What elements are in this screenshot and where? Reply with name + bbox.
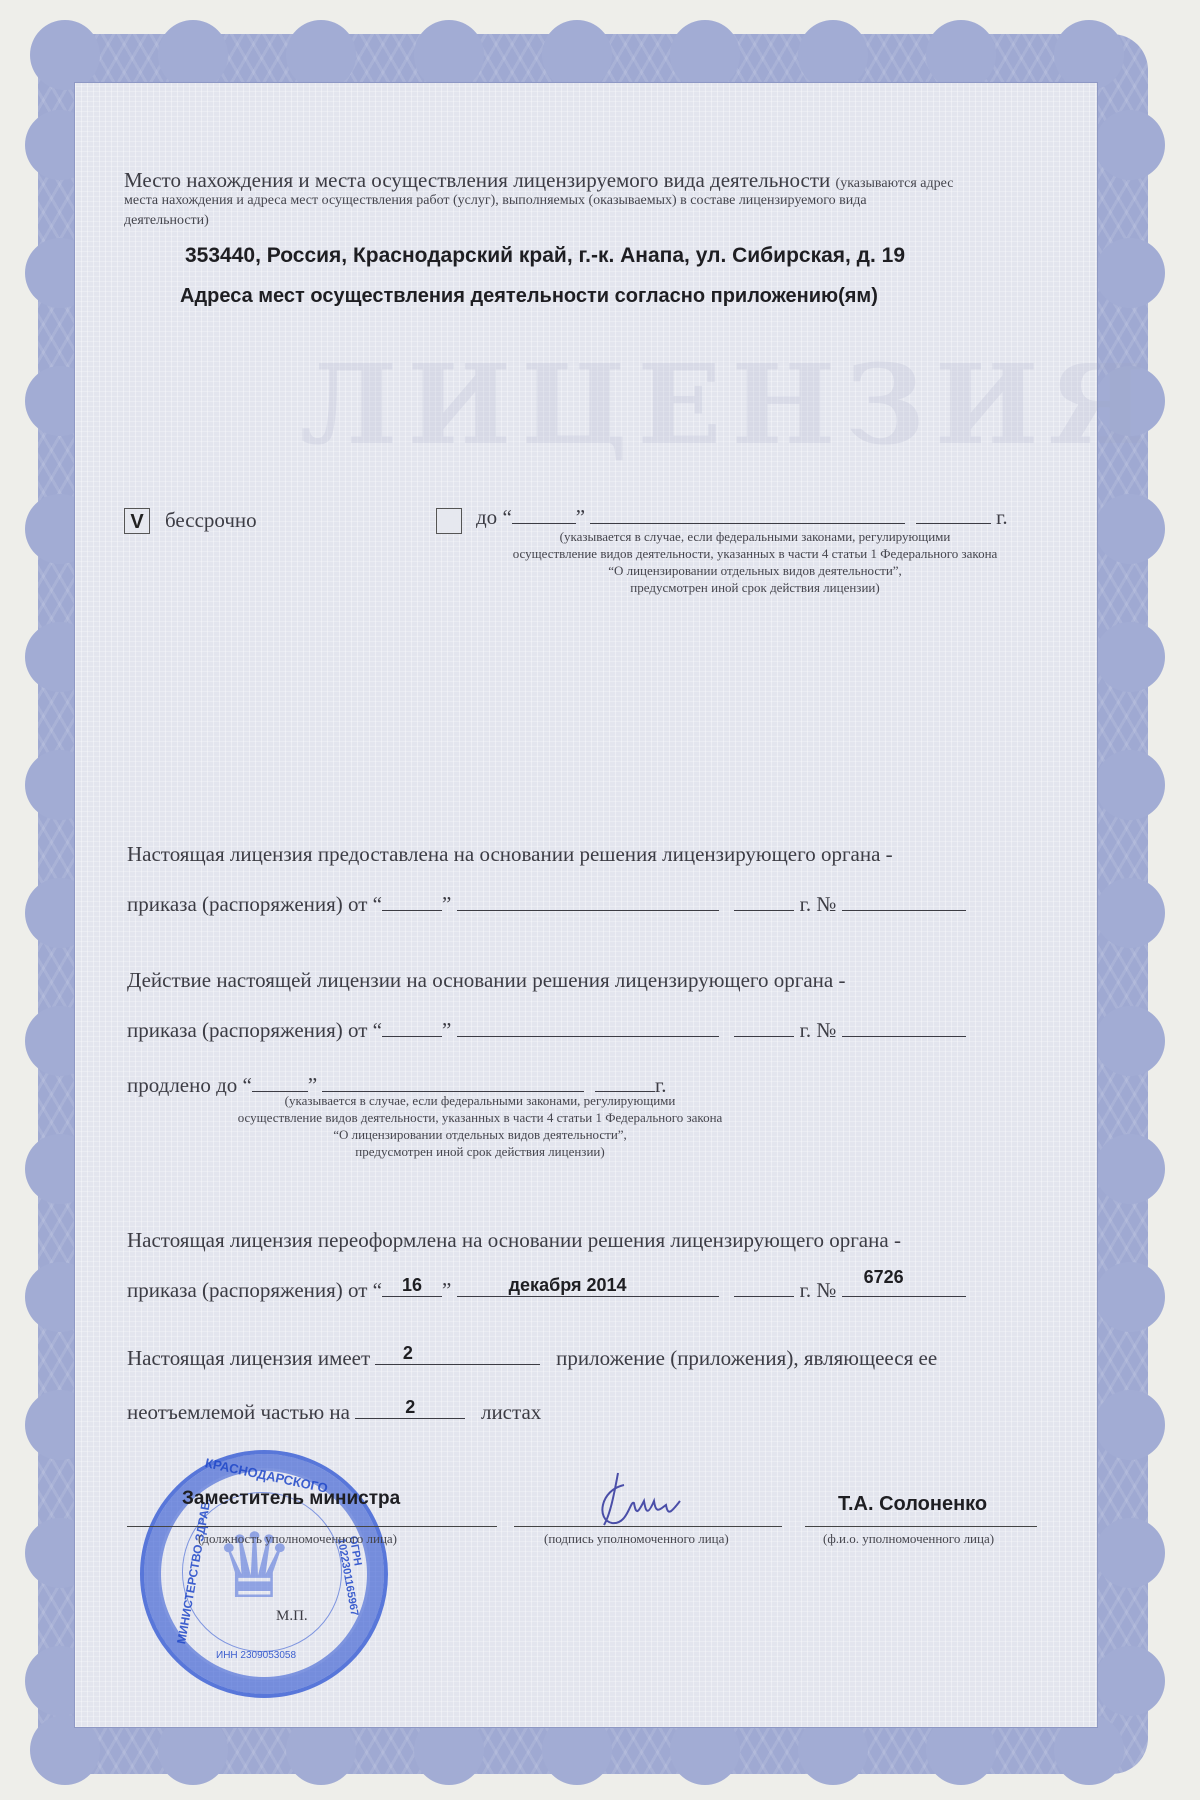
border-scallop xyxy=(1095,1134,1165,1204)
signatory-name: Т.А. Солоненко xyxy=(838,1493,987,1516)
reissued-order-line: приказа (распоряжения) от “16” декабря 2… xyxy=(127,1278,966,1303)
border-scallop xyxy=(1095,494,1165,564)
granted-month-field[interactable] xyxy=(457,892,719,911)
extended-line: Действие настоящей лицензии на основании… xyxy=(127,968,845,993)
border-scallop xyxy=(1095,110,1165,180)
location-note-end: деятельности) xyxy=(124,213,209,229)
extended-note: (указывается в случае, если федеральными… xyxy=(200,1092,760,1160)
border-scallop xyxy=(1095,1390,1165,1460)
address: 353440, Россия, Краснодарский край, г.-к… xyxy=(185,244,905,268)
border-scallop xyxy=(1095,1262,1165,1332)
border-scallop xyxy=(158,20,228,90)
seal-label: М.П. xyxy=(276,1608,308,1625)
border-scallop xyxy=(414,20,484,90)
border-scallop xyxy=(1095,622,1165,692)
border-scallop xyxy=(30,20,100,90)
signature-line xyxy=(514,1526,782,1527)
location-note: места нахождения и адреса мест осуществл… xyxy=(124,193,867,209)
border-scallop xyxy=(1054,20,1124,90)
until-month-field[interactable] xyxy=(590,505,905,524)
sheets-count-field[interactable]: 2 xyxy=(355,1400,465,1419)
unlimited-checkbox[interactable]: V xyxy=(124,508,150,534)
appendix-count-field[interactable]: 2 xyxy=(375,1346,540,1365)
license-page: ЛИЦЕНЗИЯ Место нахождения и места осущес… xyxy=(0,0,1200,1800)
border-scallop xyxy=(1095,1006,1165,1076)
border-scallop xyxy=(1095,1646,1165,1716)
granted-line: Настоящая лицензия предоставлена на осно… xyxy=(127,842,893,867)
name-line xyxy=(805,1526,1037,1527)
reissued-month-field[interactable]: декабря 2014 xyxy=(457,1278,719,1297)
reissued-year-field[interactable] xyxy=(734,1278,794,1297)
border-scallop xyxy=(926,20,996,90)
signature-icon xyxy=(590,1465,700,1535)
reissued-number-field[interactable]: 6726 xyxy=(842,1278,966,1297)
border-scallop xyxy=(798,20,868,90)
extended-until-month-field[interactable] xyxy=(322,1073,584,1092)
border-scallop xyxy=(1095,750,1165,820)
validity-note: (указывается в случае, если федеральными… xyxy=(470,528,1040,596)
border-scallop xyxy=(670,20,740,90)
addresses-note: Адреса мест осуществления деятельности с… xyxy=(180,285,878,308)
granted-number-field[interactable] xyxy=(842,892,966,911)
name-caption: (ф.и.о. уполномоченного лица) xyxy=(823,1531,994,1547)
extended-day-field[interactable] xyxy=(382,1018,442,1037)
position-caption: (должность уполномоченного лица) xyxy=(198,1531,397,1547)
until-year-field[interactable] xyxy=(916,505,991,524)
until-day-field[interactable] xyxy=(512,505,576,524)
until-checkbox[interactable] xyxy=(436,508,462,534)
position-line xyxy=(127,1526,497,1527)
signature-caption: (подпись уполномоченного лица) xyxy=(544,1531,729,1547)
extended-year-field[interactable] xyxy=(734,1018,794,1037)
position-value: Заместитель министра xyxy=(182,1488,400,1510)
border-scallop xyxy=(286,20,356,90)
reissued-day-field[interactable]: 16 xyxy=(382,1278,442,1297)
extended-month-field[interactable] xyxy=(457,1018,719,1037)
location-heading: Место нахождения и места осуществления л… xyxy=(124,168,953,193)
watermark: ЛИЦЕНЗИЯ xyxy=(300,340,1156,469)
until-date-line: до “” г. xyxy=(476,505,1008,530)
border-scallop xyxy=(1095,1518,1165,1588)
extended-until-year-field[interactable] xyxy=(595,1073,655,1092)
reissued-line: Настоящая лицензия переоформлена на осно… xyxy=(127,1228,901,1253)
extended-number-field[interactable] xyxy=(842,1018,966,1037)
border-scallop xyxy=(542,20,612,90)
border-scallop xyxy=(1095,238,1165,308)
extended-until-day-field[interactable] xyxy=(252,1073,308,1092)
unlimited-label: бессрочно xyxy=(165,508,257,533)
appendices-line: Настоящая лицензия имеет 2 приложение (п… xyxy=(127,1346,937,1371)
border-scallop xyxy=(1095,878,1165,948)
seal-inn: ИНН 2309053058 xyxy=(216,1650,296,1661)
coat-of-arms-icon: ♛ xyxy=(214,1514,295,1619)
sheets-line: неотъемлемой частью на 2 листах xyxy=(127,1400,541,1425)
seal-ogrn: ОГРН 1022301165967 xyxy=(335,1535,372,1617)
granted-year-field[interactable] xyxy=(734,892,794,911)
granted-order-line: приказа (распоряжения) от “” г. № xyxy=(127,892,966,917)
extended-order-line: приказа (распоряжения) от “” г. № xyxy=(127,1018,966,1043)
granted-day-field[interactable] xyxy=(382,892,442,911)
